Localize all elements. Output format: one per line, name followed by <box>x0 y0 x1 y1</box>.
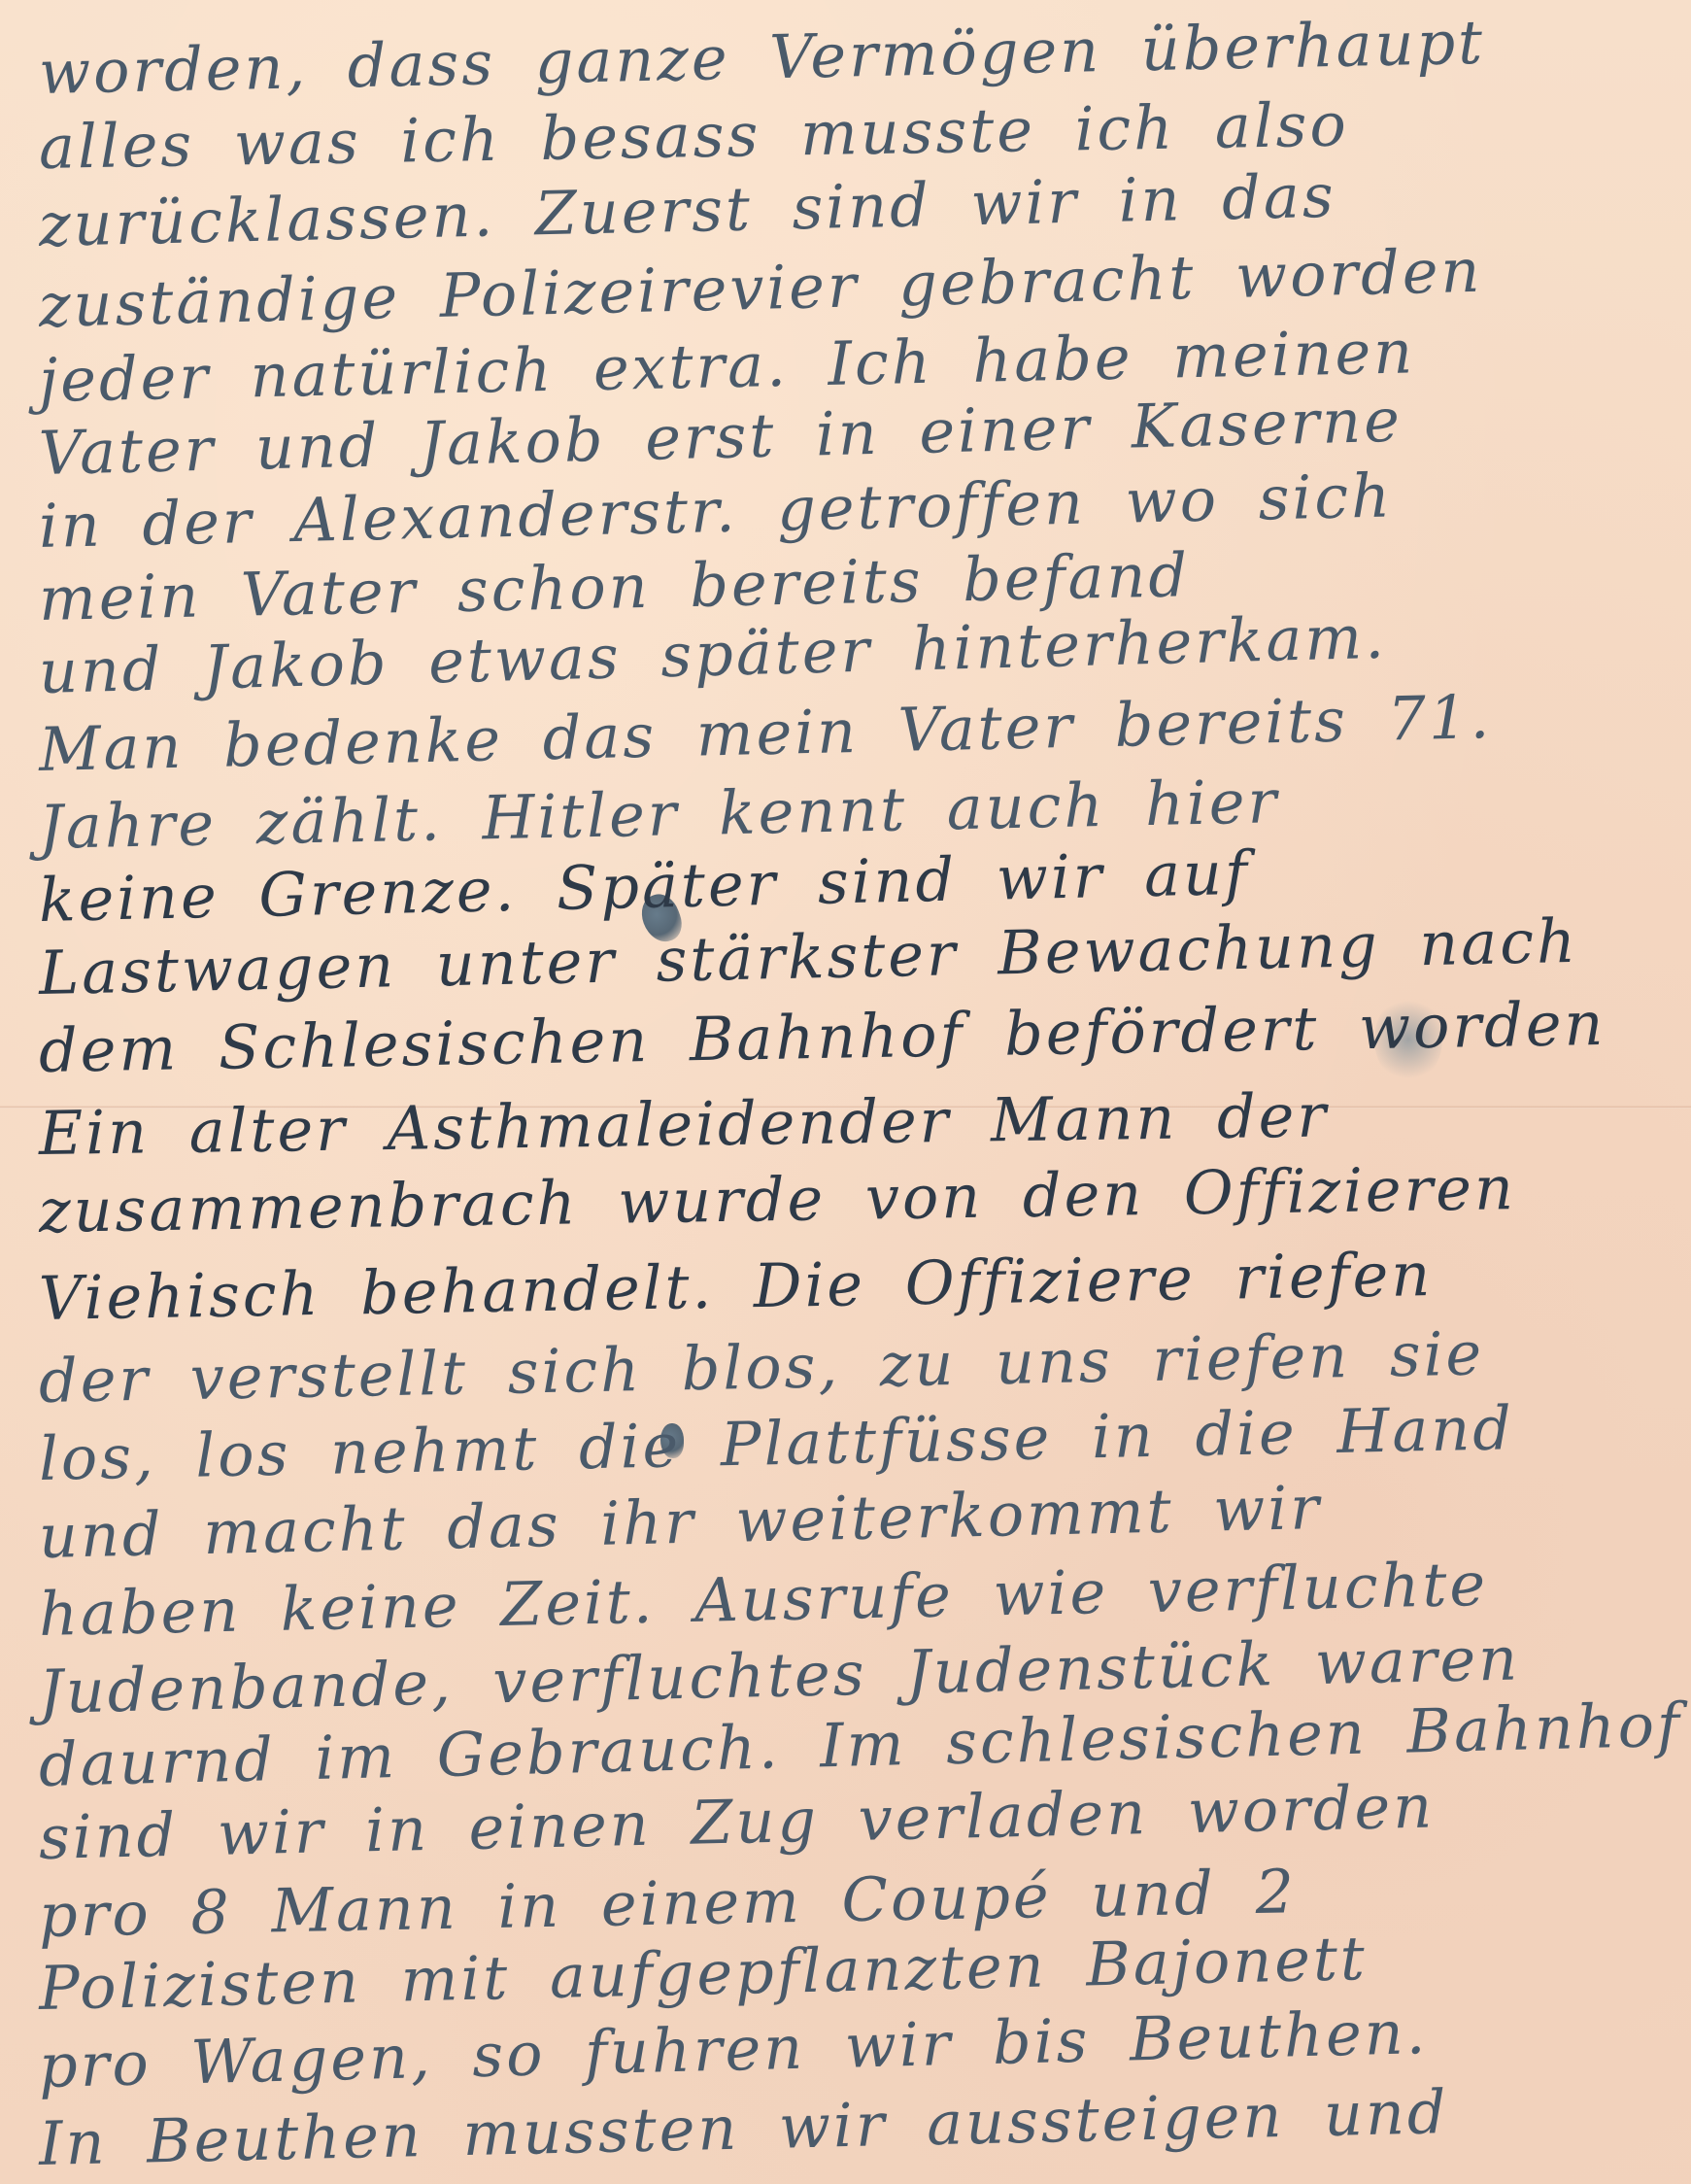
letter-page: worden, dass ganze Vermögen überhaupt al… <box>0 0 1691 2184</box>
